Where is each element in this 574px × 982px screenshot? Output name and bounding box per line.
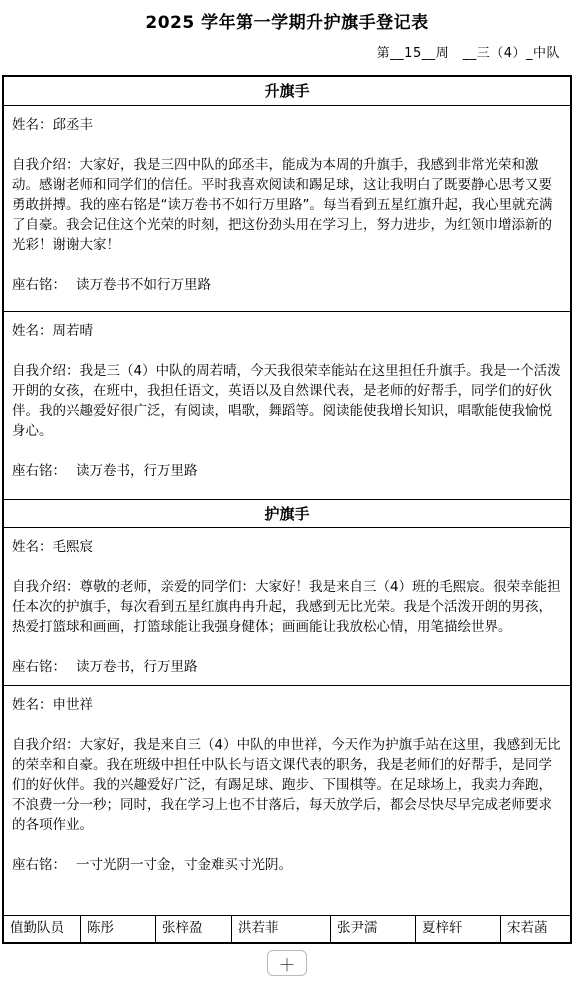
motto-label: 座右铭：: [12, 857, 66, 873]
duty-members-row: 值勤队员 陈彤 张梓盈 洪若菲 张尹濡 夏梓轩 宋若菡: [4, 915, 570, 942]
intro-text: 大家好，我是来自三（4）中队的申世祥，今天作为护旗手站在这里，我感到无比的荣幸和…: [12, 737, 561, 833]
week-class-line: 第__15__周 __三（4）_中队: [0, 42, 574, 61]
intro-label: 自我介绍：: [12, 363, 80, 379]
member-block-shenshixiang: 姓名：申世祥 自我介绍：大家好，我是来自三（4）中队的申世祥，今天作为护旗手站在…: [4, 685, 570, 915]
name-line: 姓名：毛熙宸: [12, 537, 562, 557]
member-block-zhouruoqing: 姓名：周若晴 自我介绍：我是三（4）中队的周若晴，今天我很荣幸能站在这里担任升旗…: [4, 311, 570, 499]
add-row-button[interactable]: ＋: [267, 950, 307, 976]
self-intro: 自我介绍：大家好，我是来自三（4）中队的申世祥，今天作为护旗手站在这里，我感到无…: [12, 735, 562, 835]
intro-text: 尊敬的老师，亲爱的同学们：大家好！我是来自三（4）班的毛熙宸。很荣幸能担任本次的…: [12, 579, 561, 635]
motto-label: 座右铭：: [12, 659, 66, 675]
duty-member-cell: 宋若菡: [500, 916, 570, 942]
self-intro: 自我介绍：大家好，我是三四中队的邱丞丰，能成为本周的升旗手，我感到非常光荣和激动…: [12, 155, 562, 255]
motto-text: 读万卷书，行万里路: [76, 463, 198, 479]
duty-member-cell: 陈彤: [80, 916, 155, 942]
duty-member-cell: 张尹濡: [330, 916, 415, 942]
registration-table: 升旗手 姓名：邱丞丰 自我介绍：大家好，我是三四中队的邱丞丰，能成为本周的升旗手…: [2, 75, 572, 944]
member-block-qiuchengfeng: 姓名：邱丞丰 自我介绍：大家好，我是三四中队的邱丞丰，能成为本周的升旗手，我感到…: [4, 105, 570, 311]
member-name: 毛熙宸: [53, 539, 94, 555]
document-page: 2025 学年第一学期升护旗手登记表 第__15__周 __三（4）_中队 升旗…: [0, 0, 574, 982]
intro-label: 自我介绍：: [12, 737, 80, 753]
motto-line: 座右铭：读万卷书，行万里路: [12, 657, 562, 677]
intro-label: 自我介绍：: [12, 579, 80, 595]
name-label: 姓名：: [12, 117, 53, 133]
motto-text: 一寸光阴一寸金，寸金难买寸光阴。: [76, 857, 292, 873]
motto-text: 读万卷书不如行万里路: [76, 277, 211, 293]
section-header-flag-raisers: 升旗手: [4, 77, 570, 105]
self-intro: 自我介绍：我是三（4）中队的周若晴，今天我很荣幸能站在这里担任升旗手。我是一个活…: [12, 361, 562, 441]
duty-row-label: 值勤队员: [4, 916, 80, 942]
add-button-container: ＋: [0, 950, 574, 976]
motto-line: 座右铭：读万卷书，行万里路: [12, 461, 562, 481]
name-label: 姓名：: [12, 697, 53, 713]
intro-text: 我是三（4）中队的周若晴，今天我很荣幸能站在这里担任升旗手。我是一个活泼开朗的女…: [12, 363, 561, 439]
member-block-maoxichen: 姓名：毛熙宸 自我介绍：尊敬的老师，亲爱的同学们：大家好！我是来自三（4）班的毛…: [4, 527, 570, 685]
intro-text: 大家好，我是三四中队的邱丞丰，能成为本周的升旗手，我感到非常光荣和激动。感谢老师…: [12, 157, 553, 253]
page-title: 2025 学年第一学期升护旗手登记表: [0, 0, 574, 33]
motto-label: 座右铭：: [12, 463, 66, 479]
name-line: 姓名：申世祥: [12, 695, 562, 715]
name-line: 姓名：周若晴: [12, 321, 562, 341]
name-label: 姓名：: [12, 323, 53, 339]
member-name: 申世祥: [53, 697, 94, 713]
motto-line: 座右铭：读万卷书不如行万里路: [12, 275, 562, 295]
motto-text: 读万卷书，行万里路: [76, 659, 198, 675]
section-header-flag-guards: 护旗手: [4, 499, 570, 527]
intro-label: 自我介绍：: [12, 157, 80, 173]
plus-icon: ＋: [279, 951, 296, 976]
member-name: 邱丞丰: [53, 117, 94, 133]
motto-line: 座右铭：一寸光阴一寸金，寸金难买寸光阴。: [12, 855, 562, 875]
name-label: 姓名：: [12, 539, 53, 555]
self-intro: 自我介绍：尊敬的老师，亲爱的同学们：大家好！我是来自三（4）班的毛熙宸。很荣幸能…: [12, 577, 562, 637]
duty-member-cell: 张梓盈: [155, 916, 231, 942]
name-line: 姓名：邱丞丰: [12, 115, 562, 135]
duty-member-cell: 夏梓轩: [415, 916, 500, 942]
motto-label: 座右铭：: [12, 277, 66, 293]
member-name: 周若晴: [53, 323, 94, 339]
duty-member-cell: 洪若菲: [231, 916, 330, 942]
